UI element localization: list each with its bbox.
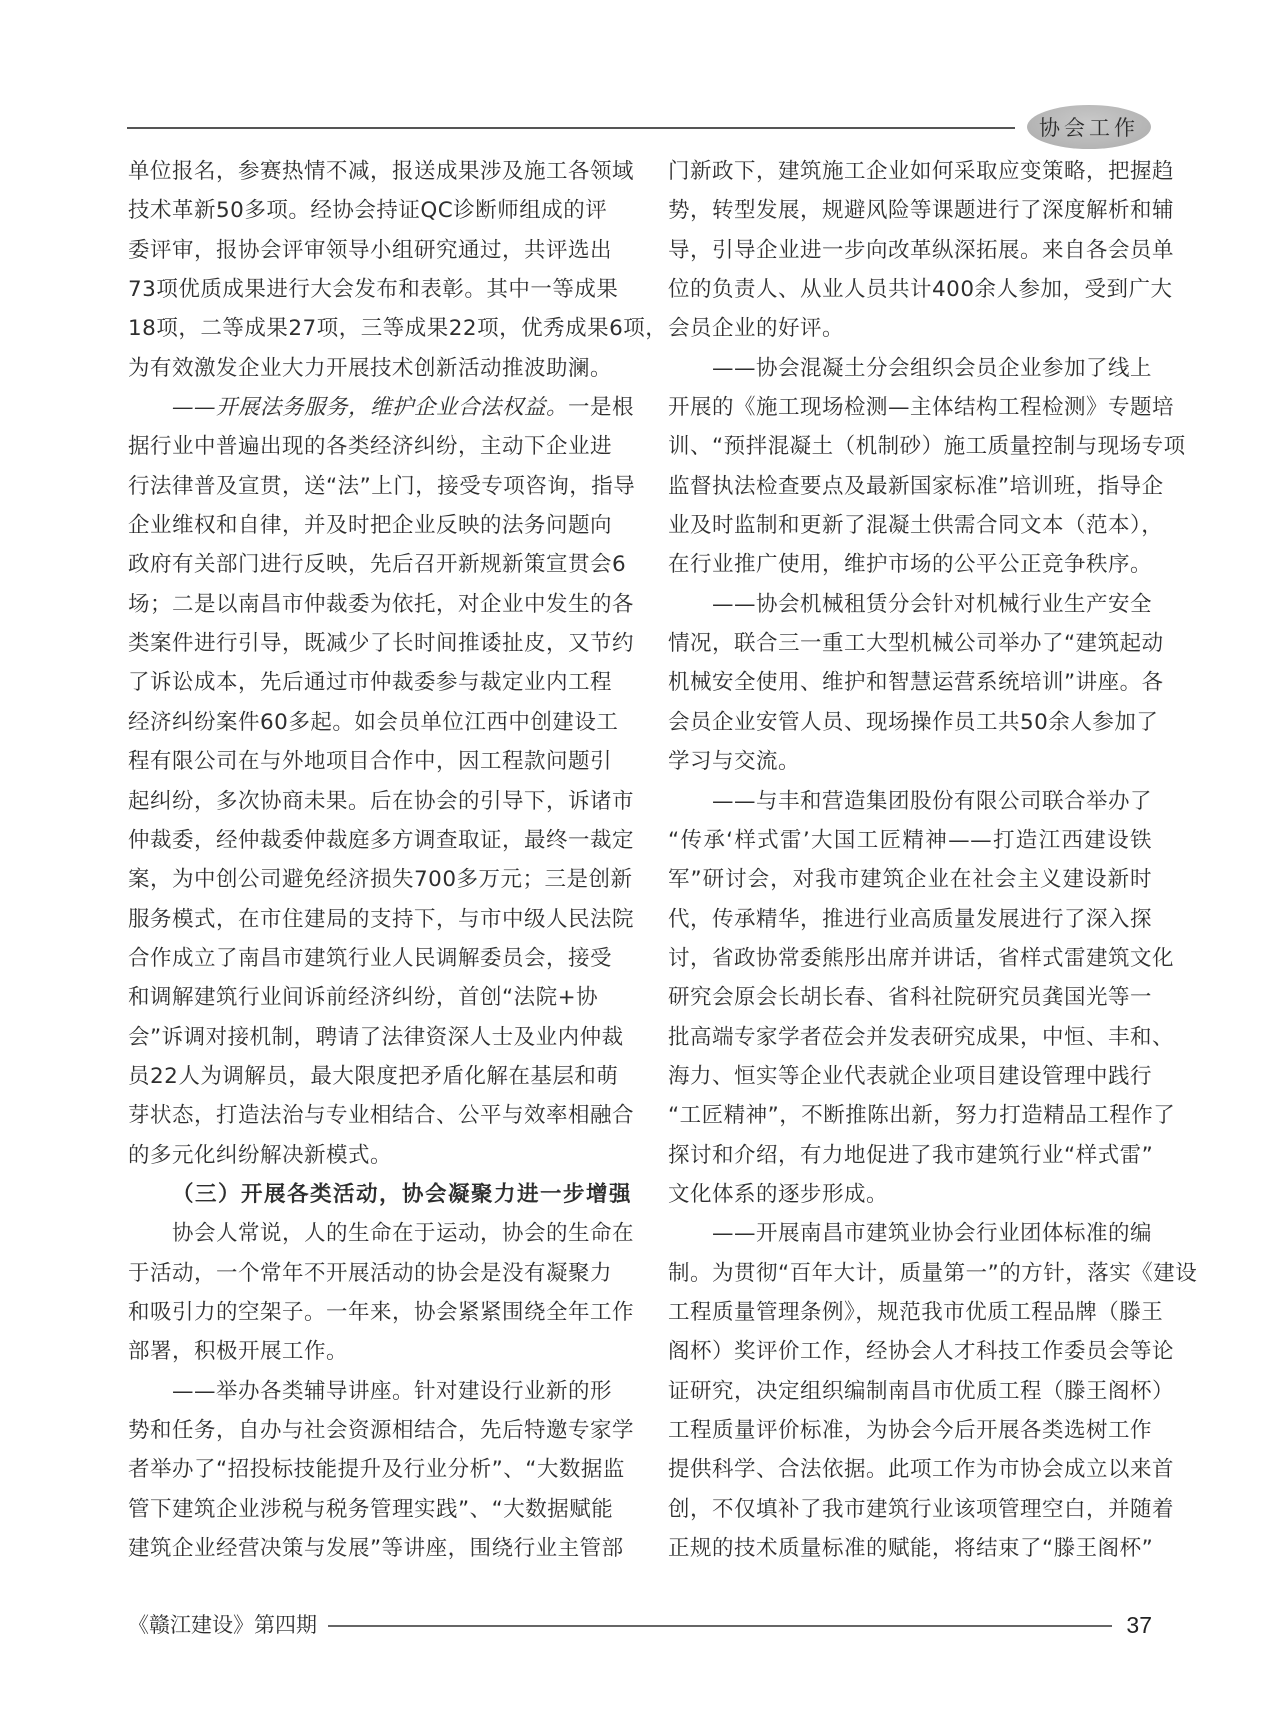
text-line: 导，引导企业进一步向改革纵深拓展。来自各会员单 [668, 231, 1152, 270]
text-line: 经济纠纷案件60多起。如会员单位江西中创建设工 [128, 703, 592, 742]
page-footer: 《赣江建设》第四期 37 [128, 1610, 1152, 1640]
text-line: 正规的技术质量标准的赋能，将结束了“滕王阁杯” [668, 1529, 1152, 1568]
text-line: 研究会原会长胡长春、省科社院研究员龚国光等一 [668, 978, 1152, 1017]
text-line: 和吸引力的空架子。一年来，协会紧紧围绕全年工作 [128, 1293, 592, 1332]
text-line: 探讨和介绍，有力地促进了我市建筑行业“样式雷” [668, 1136, 1152, 1175]
text-line: 学习与交流。 [668, 742, 1152, 781]
text-line: 批高端专家学者莅会并发表研究成果，中恒、丰和、 [668, 1018, 1152, 1057]
text-line: 员22人为调解员，最大限度把矛盾化解在基层和萌 [128, 1057, 592, 1096]
section-label-badge: 协会工作 [1027, 105, 1151, 149]
text-line: 门新政下，建筑施工企业如何采取应变策略，把握趋 [668, 152, 1152, 191]
text-line: 部署，积极开展工作。 [128, 1332, 592, 1371]
text-line: 于活动，一个常年不开展活动的协会是没有凝聚力 [128, 1254, 592, 1293]
text-fragment: 一是根 [568, 395, 634, 420]
text-line: 建筑企业经营决策与发展”等讲座，围绕行业主管部 [128, 1529, 592, 1568]
publication-title: 《赣江建设》第四期 [128, 1610, 317, 1640]
text-line: 工程质量管理条例》，规范我市优质工程品牌（滕王 [668, 1293, 1152, 1332]
section-heading: （三）开展各类活动，协会凝聚力进一步增强 [128, 1175, 592, 1214]
text-line: 委评审，报协会评审领导小组研究通过，共评选出 [128, 231, 592, 270]
text-line: 证研究，决定组织编制南昌市优质工程（滕王阁杯） [668, 1372, 1152, 1411]
footer-rule [328, 1625, 1112, 1627]
text-line: 芽状态，打造法治与专业相结合、公平与效率相融合 [128, 1096, 592, 1135]
text-line: “工匠精神”，不断推陈出新，努力打造精品工程作了 [668, 1096, 1152, 1135]
text-line: 服务模式，在市住建局的支持下，与市中级人民法院 [128, 900, 592, 939]
text-line: 阁杯）奖评价工作，经协会人才科技工作委员会等论 [668, 1332, 1152, 1371]
text-line: 合作成立了南昌市建筑行业人民调解委员会，接受 [128, 939, 592, 978]
text-line: 程有限公司在与外地项目合作中，因工程款问题引 [128, 742, 592, 781]
text-line: 行法律普及宣贯，送“法”上门，接受专项咨询，指导 [128, 467, 592, 506]
text-line: 企业维权和自律，并及时把企业反映的法务问题向 [128, 506, 592, 545]
text-line: 据行业中普遍出现的各类经济纠纷，主动下企业进 [128, 427, 592, 466]
text-line: 提供科学、合法依据。此项工作为市协会成立以来首 [668, 1450, 1152, 1489]
text-line: 管下建筑企业涉税与税务管理实践”、“大数据赋能 [128, 1490, 592, 1529]
text-line: 会员企业的好评。 [668, 309, 1152, 348]
text-line: “传承‘样式雷’大国工匠精神——打造江西建设铁 [668, 821, 1152, 860]
text-line: 73项优质成果进行大会发布和表彰。其中一等成果 [128, 270, 592, 309]
text-line: 者举办了“招投标技能提升及行业分析”、“大数据监 [128, 1450, 592, 1489]
text-line: 训、“预拌混凝土（机制砂）施工质量控制与现场专项 [668, 427, 1152, 466]
text-line: ——协会混凝土分会组织会员企业参加了线上 [668, 349, 1152, 388]
text-line: 制。为贯彻“百年大计，质量第一”的方针，落实《建设 [668, 1254, 1152, 1293]
text-line: 工程质量评价标准，为协会今后开展各类选树工作 [668, 1411, 1152, 1450]
text-line: 了诉讼成本，先后通过市仲裁委参与裁定业内工程 [128, 663, 592, 702]
right-column: 门新政下，建筑施工企业如何采取应变策略，把握趋势，转型发展，规避风险等课题进行了… [668, 152, 1152, 1568]
text-line: 势，转型发展，规避风险等课题进行了深度解析和辅 [668, 191, 1152, 230]
text-line: 会”诉调对接机制，聘请了法律资深人士及业内仲裁 [128, 1018, 592, 1057]
text-line: 技术革新50多项。经协会持证QC诊断师组成的评 [128, 191, 592, 230]
text-line: 案，为中创公司避免经济损失700多万元；三是创新 [128, 860, 592, 899]
text-line: 政府有关部门进行反映，先后召开新规新策宣贯会6 [128, 545, 592, 584]
text-line: ——开展法务服务，维护企业合法权益。一是根 [128, 388, 592, 427]
text-line: 协会人常说，人的生命在于运动，协会的生命在 [128, 1214, 592, 1253]
text-line: 会员企业安管人员、现场操作员工共50余人参加了 [668, 703, 1152, 742]
text-line: 创，不仅填补了我市建筑行业该项管理空白，并随着 [668, 1490, 1152, 1529]
text-line: 文化体系的逐步形成。 [668, 1175, 1152, 1214]
text-line: 18项，二等成果27项，三等成果22项，优秀成果6项， [128, 309, 592, 348]
text-line: 情况，联合三一重工大型机械公司举办了“建筑起动 [668, 624, 1152, 663]
text-line: 类案件进行引导，既减少了长时间推诿扯皮，又节约 [128, 624, 592, 663]
text-line: 单位报名，参赛热情不减，报送成果涉及施工各领域 [128, 152, 592, 191]
text-line: 机械安全使用、维护和智慧运营系统培训”讲座。各 [668, 663, 1152, 702]
page-number: 37 [1126, 1610, 1152, 1640]
text-line: 的多元化纠纷解决新模式。 [128, 1136, 592, 1175]
text-line: 在行业推广使用，维护市场的公平公正竞争秩序。 [668, 545, 1152, 584]
text-line: 军”研讨会，对我市建筑企业在社会主义建设新时 [668, 860, 1152, 899]
text-line: ——协会机械租赁分会针对机械行业生产安全 [668, 585, 1152, 624]
text-line: ——举办各类辅导讲座。针对建设行业新的形 [128, 1372, 592, 1411]
text-line: 势和任务，自办与社会资源相结合，先后特邀专家学 [128, 1411, 592, 1450]
section-label: 协会工作 [1039, 112, 1139, 142]
text-line: 位的负责人、从业人员共计400余人参加，受到广大 [668, 270, 1152, 309]
text-line: 和调解建筑行业间诉前经济纠纷，首创“法院+协 [128, 978, 592, 1017]
text-line: 起纠纷，多次协商未果。后在协会的引导下，诉诸市 [128, 782, 592, 821]
text-line: 监督执法检查要点及最新国家标准”培训班，指导企 [668, 467, 1152, 506]
text-line: 讨，省政协常委熊彤出席并讲话，省样式雷建筑文化 [668, 939, 1152, 978]
paragraph-lead-phrase: ——开展法务服务，维护企业合法权益。 [172, 395, 568, 420]
text-line: 代，传承精华，推进行业高质量发展进行了深入探 [668, 900, 1152, 939]
text-line: 海力、恒实等企业代表就企业项目建设管理中践行 [668, 1057, 1152, 1096]
text-line: ——开展南昌市建筑业协会行业团体标准的编 [668, 1214, 1152, 1253]
left-column: 单位报名，参赛热情不减，报送成果涉及施工各领域技术革新50多项。经协会持证QC诊… [128, 152, 592, 1568]
text-line: 业及时监制和更新了混凝土供需合同文本（范本）， [668, 506, 1152, 545]
text-line: 为有效激发企业大力开展技术创新活动推波助澜。 [128, 349, 592, 388]
header-rule [127, 127, 1015, 129]
text-line: 仲裁委，经仲裁委仲裁庭多方调查取证，最终一裁定 [128, 821, 592, 860]
text-line: 场；二是以南昌市仲裁委为依托，对企业中发生的各 [128, 585, 592, 624]
text-line: 开展的《施工现场检测—主体结构工程检测》专题培 [668, 388, 1152, 427]
text-line: ——与丰和营造集团股份有限公司联合举办了 [668, 782, 1152, 821]
